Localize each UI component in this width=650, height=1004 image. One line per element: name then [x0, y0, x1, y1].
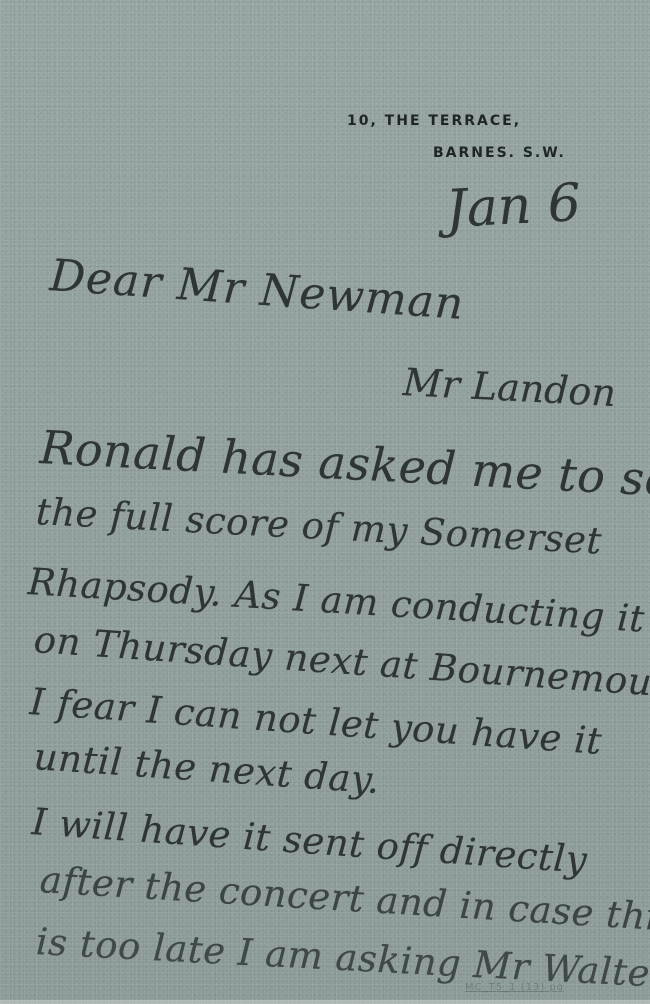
body-line-6: until the next day.	[33, 735, 382, 802]
letterhead-street: 10, THE TERRACE,	[347, 113, 521, 129]
letter-date: Jan 6	[444, 173, 582, 240]
salutation: Dear Mr Newman	[48, 250, 466, 330]
archive-watermark: MC_T5_1 (13) pg	[465, 982, 564, 993]
paper-fold-crease	[9, 0, 12, 1004]
body-line-2: the full score of my Somerset	[35, 490, 603, 563]
salutation-correction: Mr Landon	[402, 360, 617, 415]
paper-bottom-edge	[0, 1000, 650, 1004]
letter-page: 10, THE TERRACE, BARNES. S.W. Jan 6 Dear…	[0, 0, 650, 1004]
letterhead-town: BARNES. S.W.	[433, 145, 566, 161]
